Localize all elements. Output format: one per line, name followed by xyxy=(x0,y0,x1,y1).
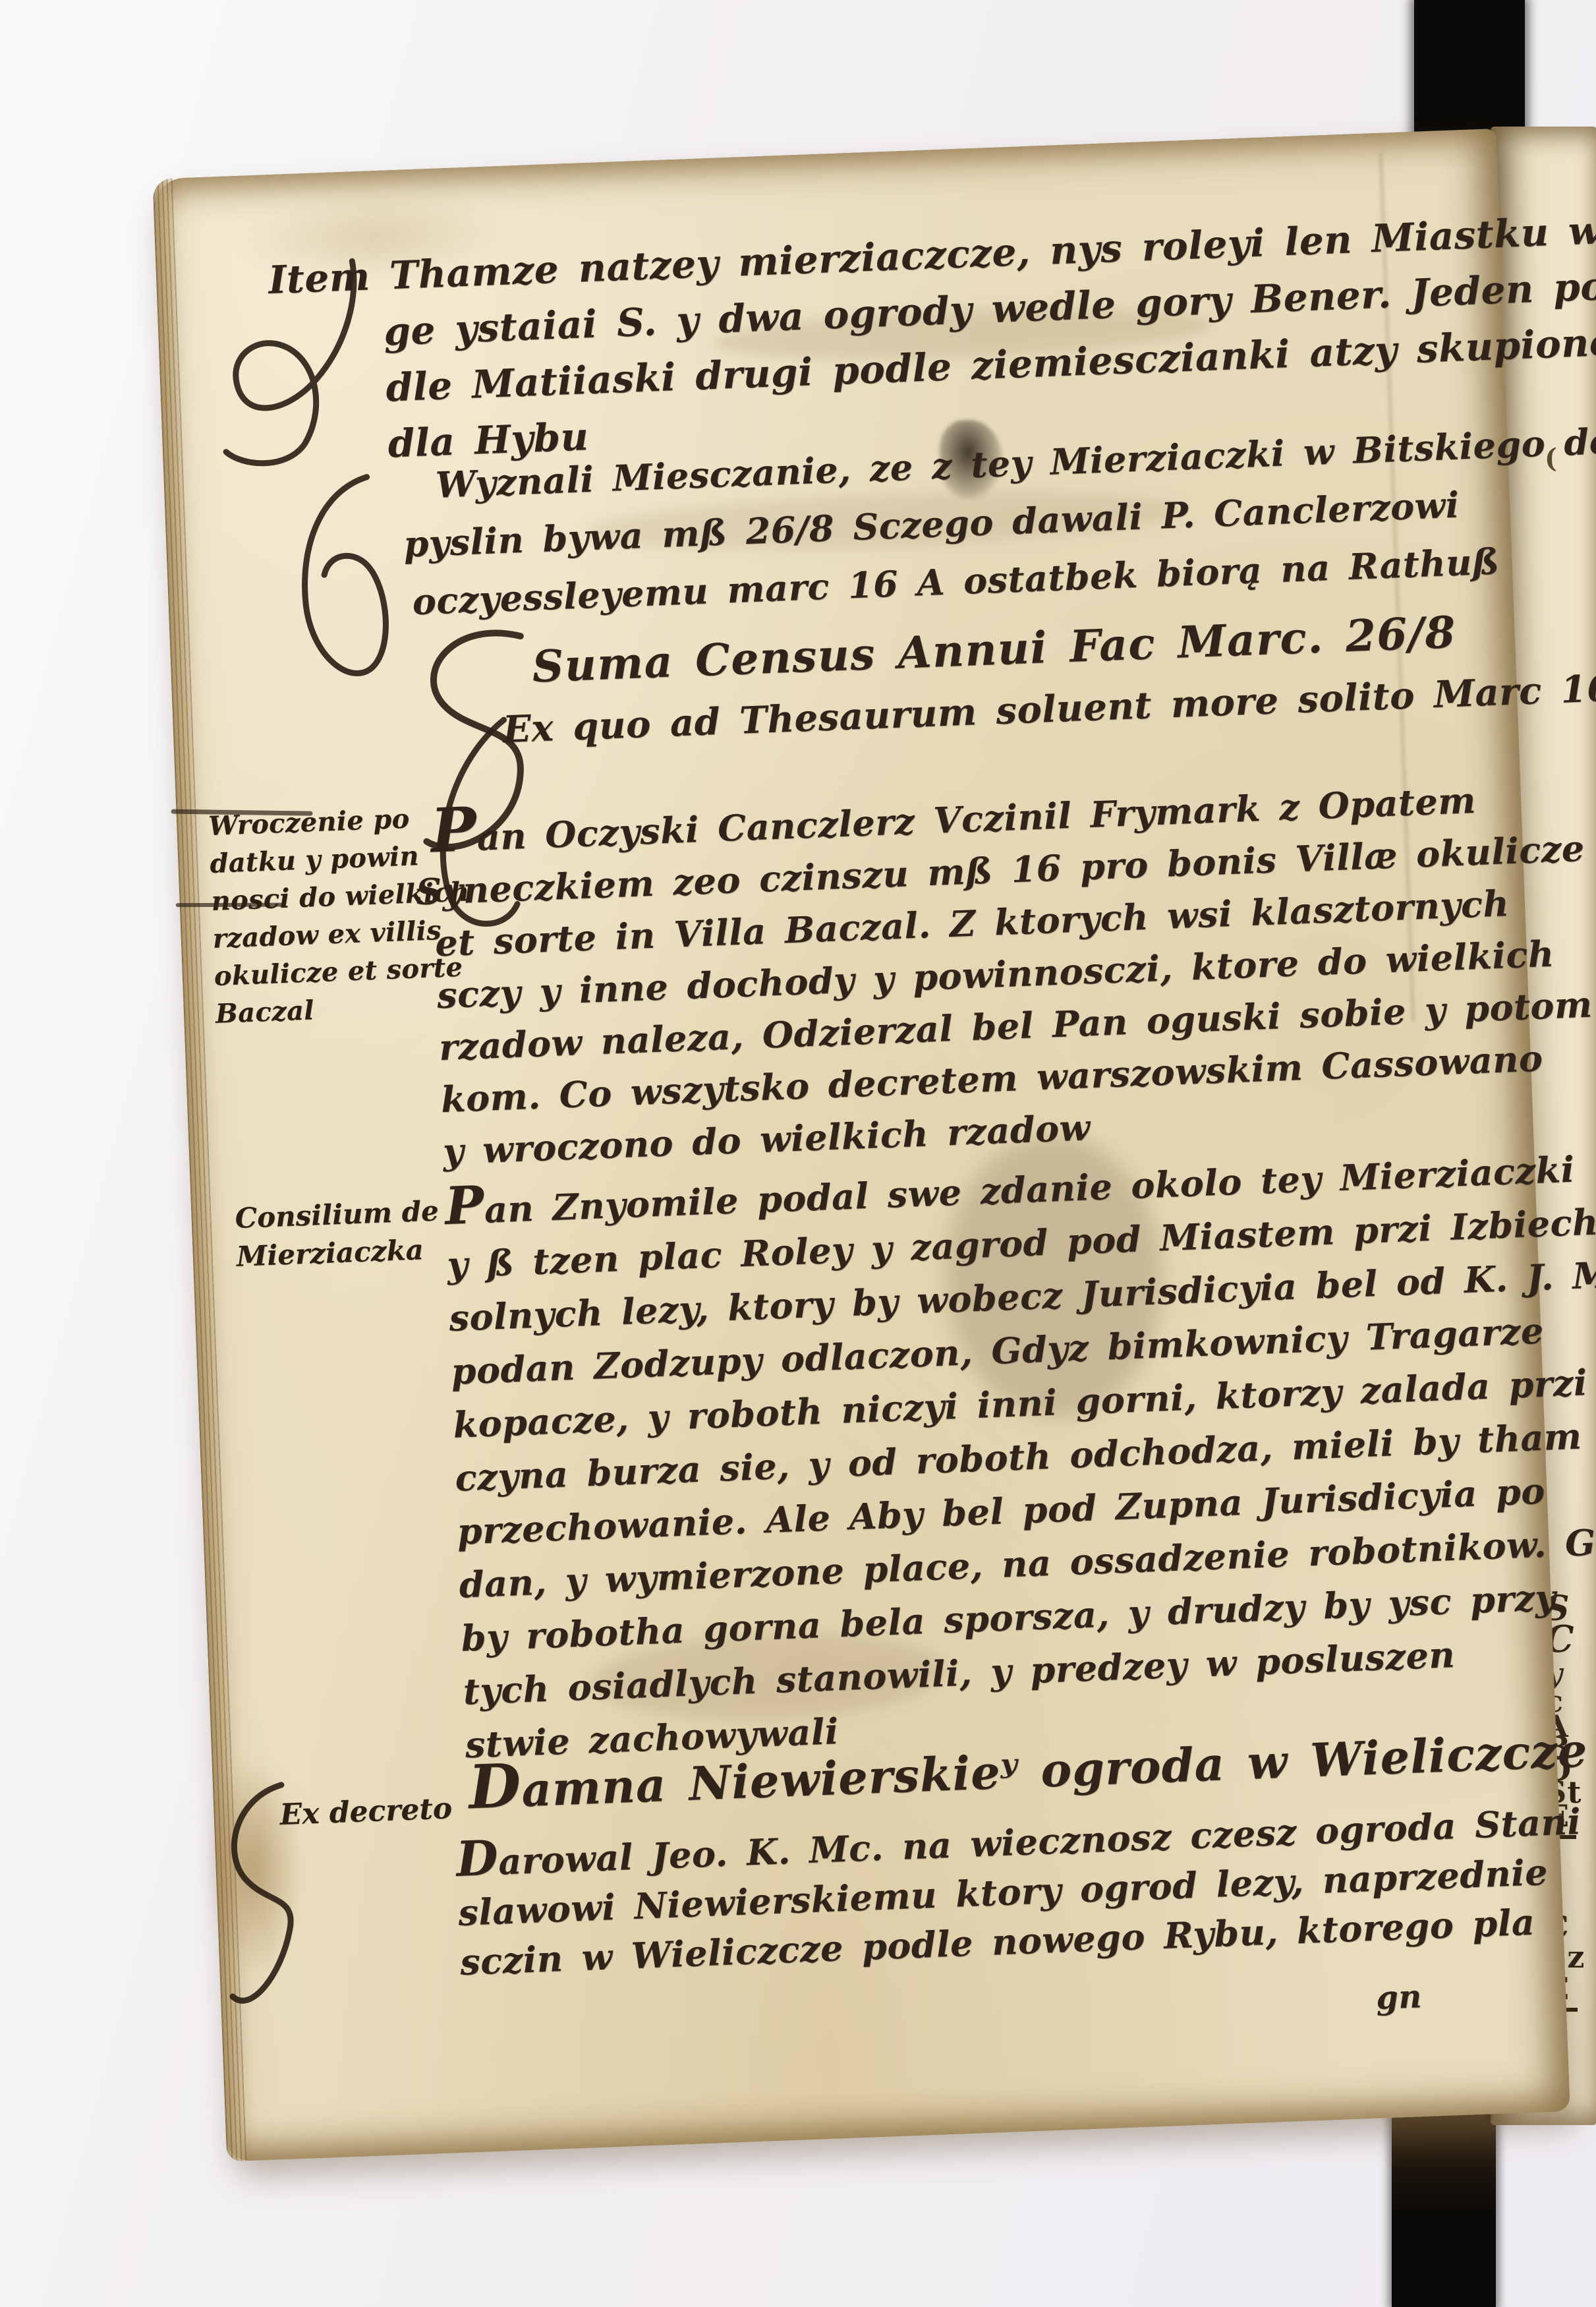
entry-pan-oczyski: Pan Oczyski Canczlerz Vczinil Frymark z … xyxy=(430,771,1596,1178)
margin-note-consilium: Consilium deMierziaczka xyxy=(235,1192,441,1276)
catchword: gn xyxy=(1375,1978,1423,2017)
margin-note-ex-decreto: Ex decreto xyxy=(279,1792,453,1832)
entry-darowal: Darowal Jeo. K. Mc. na wiecznosz czesz o… xyxy=(455,1797,1585,1987)
paraph-flourish-icon xyxy=(287,465,395,695)
manuscript-page: Item Thamze natzey mierziaczcze, nys rol… xyxy=(152,129,1570,2161)
margin-note-line: Mierziaczka xyxy=(236,1230,441,1276)
spine-backdrop-strip-bottom xyxy=(1392,2095,1496,2307)
entry-pan-znyomile: Pan Znyomile podal swe zdanie okolo tey … xyxy=(444,1141,1596,1772)
